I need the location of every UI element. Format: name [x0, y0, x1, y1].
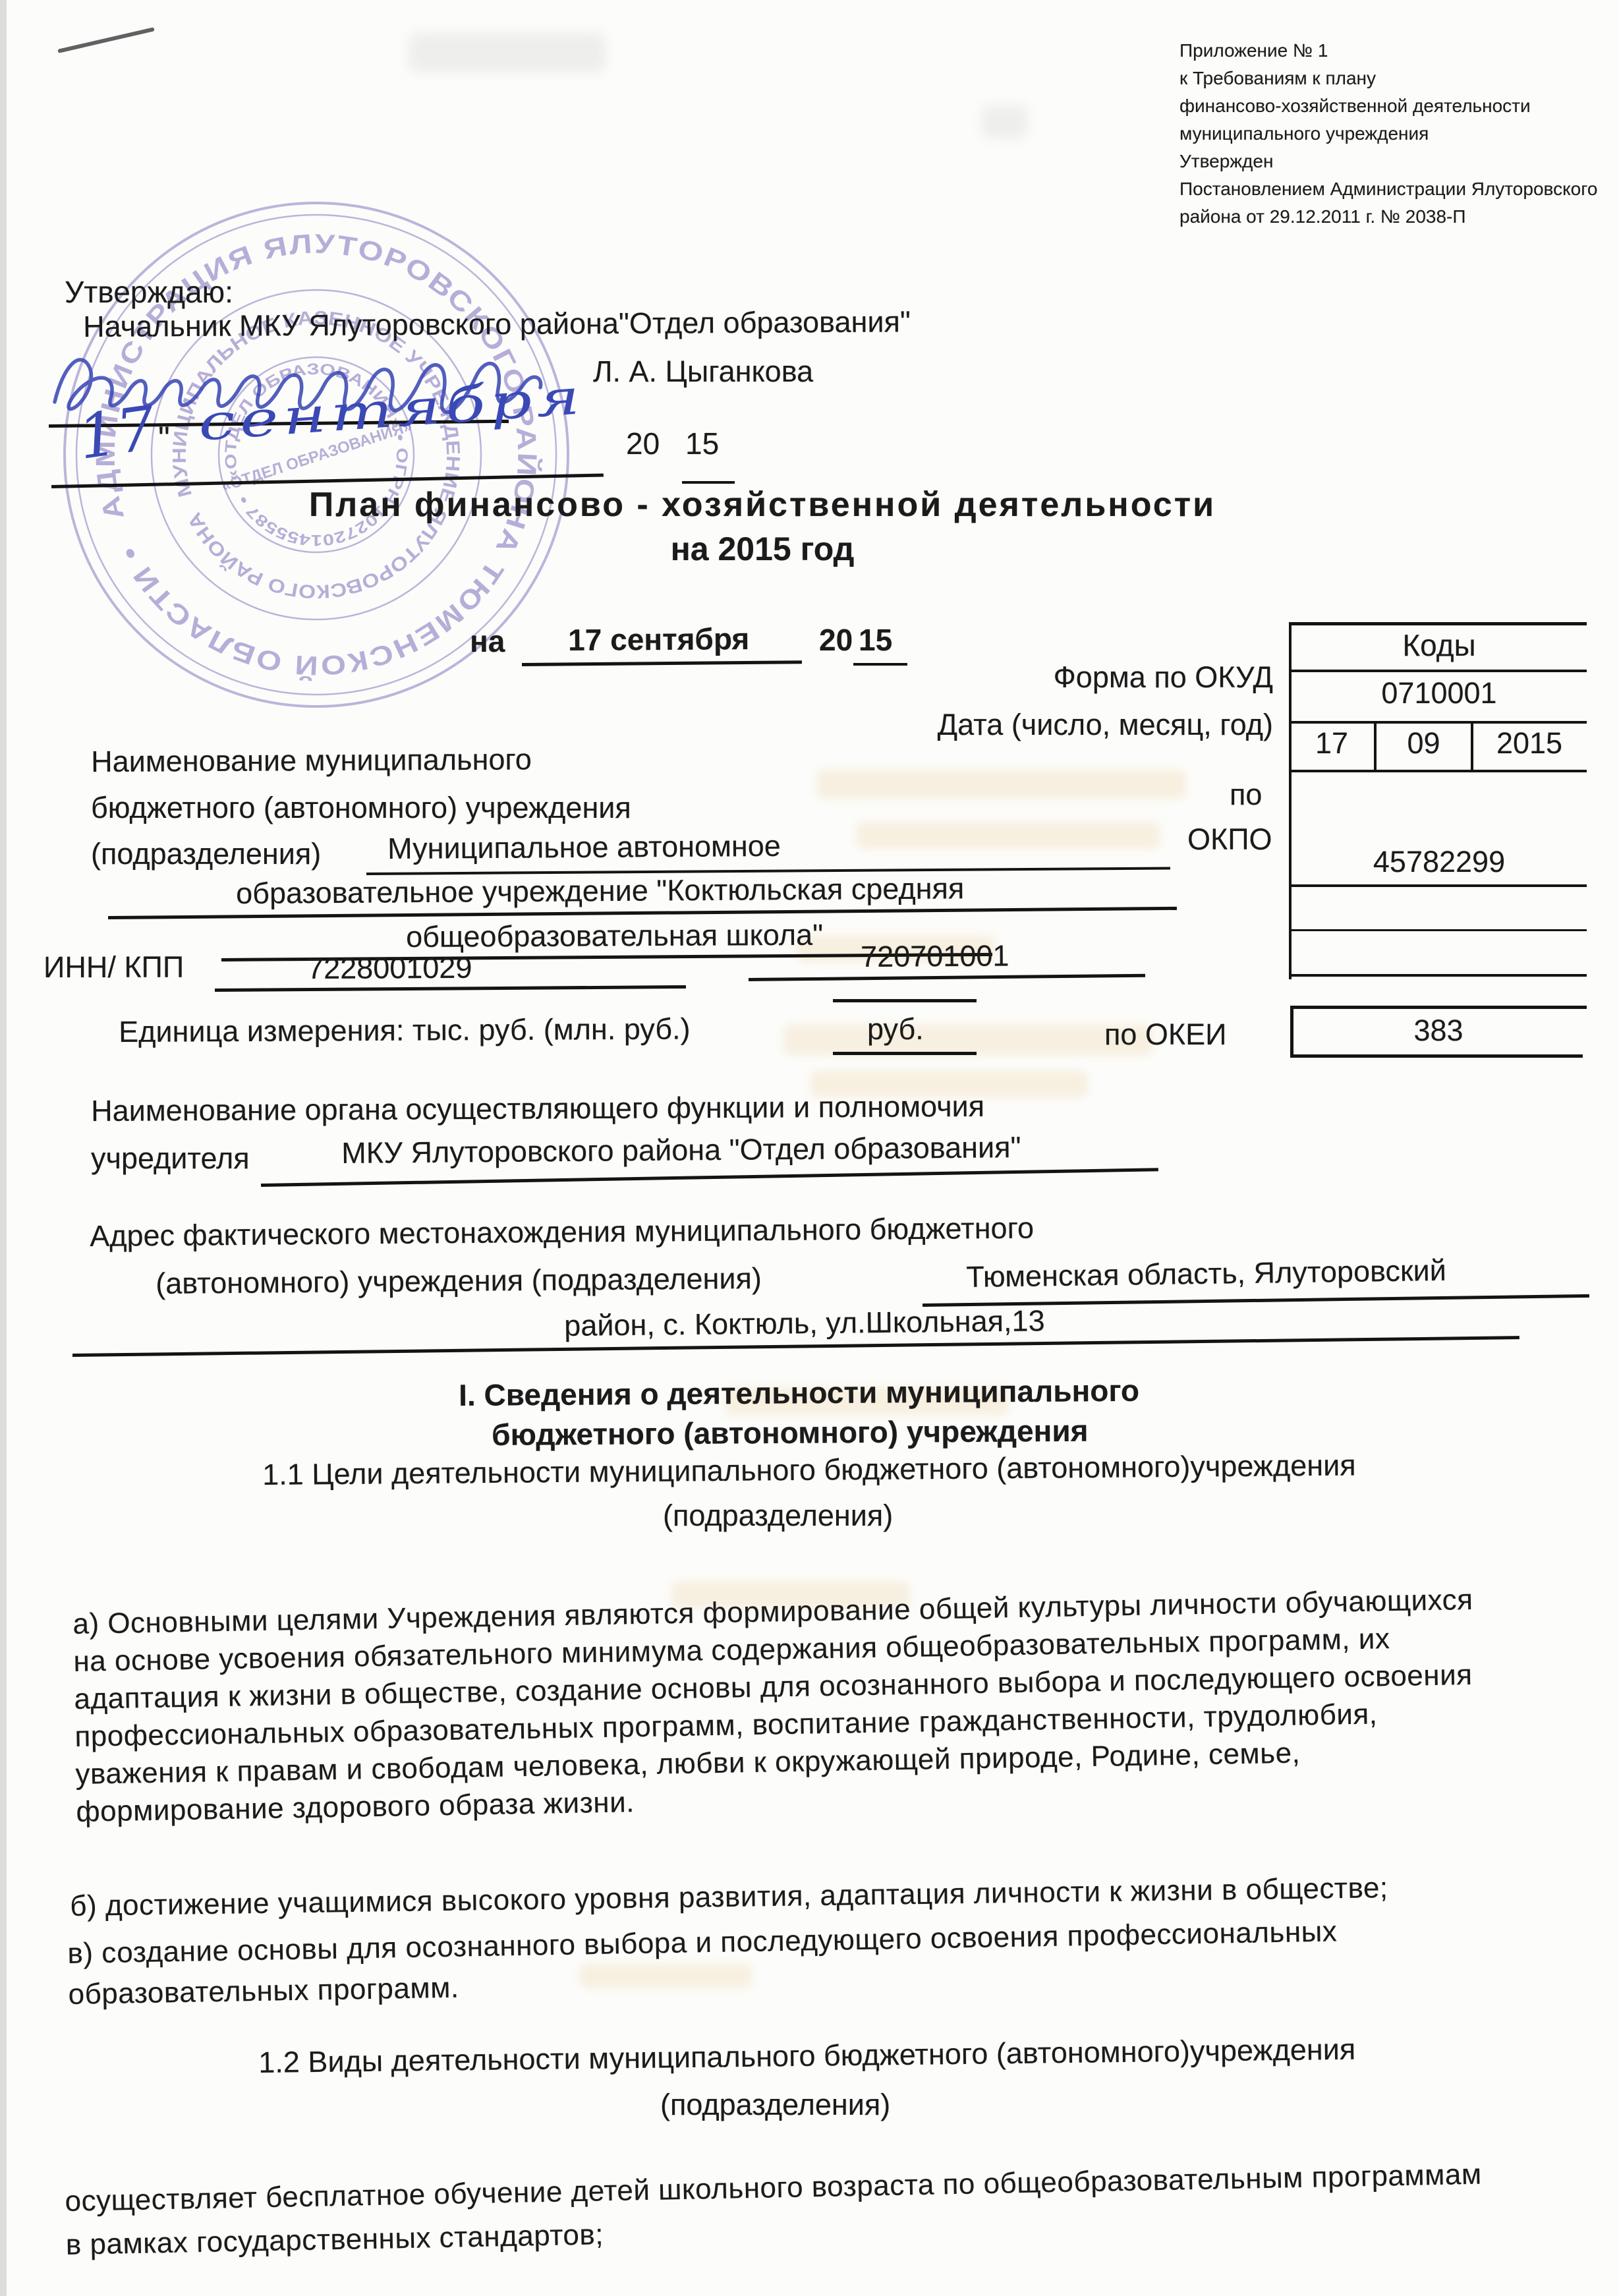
codes-row-border [1289, 929, 1587, 931]
inn-kpp-label: ИНН/ КПП [43, 950, 184, 985]
asof-prefix: на [470, 623, 505, 659]
title-line1: План финансово - хозяйственной деятельно… [198, 485, 1327, 525]
founder-value: МКУ Ялуторовского района "Отдел образова… [341, 1130, 1021, 1170]
date-year-cell: 2015 [1473, 726, 1585, 761]
asof-date-value: 17 сентября [568, 621, 749, 658]
okei-box-bottom [1290, 1054, 1583, 1058]
codes-row-border [1289, 974, 1587, 977]
okei-value: 383 [1292, 1014, 1585, 1048]
unit-value-underline [833, 1052, 977, 1055]
bleed-through [857, 822, 1160, 849]
founder-underline [261, 1168, 1158, 1187]
okei-box-top [1290, 1006, 1587, 1009]
bleed-through [784, 1025, 1153, 1055]
okpo-value: 45782299 [1292, 845, 1587, 879]
date-quote-mark: " [158, 419, 170, 457]
okud-label: Форма по ОКУД [1028, 660, 1273, 695]
scan-edge-shadow [0, 0, 7, 2296]
appendix-line: района от 29.12.2011 г. № 2038-П [1179, 203, 1597, 231]
asof-year-15: 15 [859, 622, 892, 658]
document-title: План финансово - хозяйственной деятельно… [198, 485, 1327, 525]
paragraph-v: в) создание основы для осознанного выбор… [67, 1911, 1338, 2015]
codes-row-border [1289, 721, 1587, 724]
unit-value-topline [833, 999, 977, 1002]
inn-value: 7228001029 [307, 951, 472, 986]
asof-year-20: 20 [819, 622, 853, 658]
okud-value: 0710001 [1292, 676, 1587, 710]
appendix-line: Приложение № 1 [1179, 37, 1597, 65]
okpo-label: ОКПО [1187, 822, 1272, 857]
section1-2-subtitle: (подразделения) [660, 2088, 890, 2122]
year-underline [682, 481, 735, 484]
paragraph-activity: осуществляет бесплатное обучение детей ш… [65, 2153, 1483, 2267]
founder-label2: учредителя [91, 1141, 250, 1176]
handwritten-day: 17 [74, 393, 160, 473]
appendix-line: финансово-хозяйственной деятельности [1179, 92, 1597, 120]
section1-heading1: I. Сведения о деятельности муниципальног… [459, 1373, 1139, 1413]
inn-underline [215, 985, 686, 992]
appendix-line: муниципального учреждения [1179, 120, 1597, 148]
founder-label1: Наименование органа осуществляющего функ… [91, 1089, 984, 1128]
document-subtitle: на 2015 год [198, 530, 1327, 568]
section1-2-title: 1.2 Виды деятельности муниципального бюд… [258, 2032, 1356, 2080]
pen-mark [57, 27, 155, 53]
appendix-line: Постановлением Администрации Ялуторовско… [1179, 175, 1597, 203]
approval-year-15: 15 [685, 426, 719, 461]
codes-header: Коды [1292, 627, 1587, 663]
codes-row-border [1289, 770, 1587, 772]
codes-top-border [1289, 622, 1587, 625]
org-name-value3: общеобразовательная школа" [406, 918, 823, 954]
scan-smudge [982, 105, 1028, 138]
kpp-underline [749, 974, 1145, 981]
section1-1-title: 1.1 Цели деятельности муниципального бюд… [262, 1449, 1356, 1492]
date-month-cell: 09 [1377, 726, 1471, 761]
codes-row-border [1289, 670, 1587, 672]
asof-year-underline [853, 663, 907, 666]
approver-name: Л. А. Цыганкова [593, 355, 813, 389]
address-label2: (автономного) учреждения (подразделения) [156, 1261, 762, 1301]
date-day-cell: 17 [1289, 726, 1375, 761]
kpp-value: 720701001 [861, 938, 1009, 974]
scanned-document-page: АДМИНИСТРАЦИЯ ЯЛУТОРОВСКОГО РАЙОНА ТЮМЕН… [0, 0, 1619, 2296]
org-name-label3: (подразделения) [91, 837, 321, 871]
date-label: Дата (число, месяц, год) [901, 708, 1273, 742]
appendix-line: к Требованиям к плану [1179, 65, 1597, 92]
po-label: по [1230, 778, 1262, 812]
approval-year-20: 20 [626, 426, 660, 461]
org-name-value1: Муниципальное автономное [387, 829, 781, 866]
org-name-label1: Наименование муниципального [91, 742, 532, 779]
okei-label: по ОКЕИ [1104, 1018, 1226, 1052]
address-value2: район, с. Коктюль, ул.Школьная,13 [564, 1304, 1045, 1343]
bleed-through [817, 770, 1186, 799]
unit-label: Единица измерения: тыс. руб. (млн. руб.) [119, 1012, 691, 1049]
appendix-block: Приложение № 1 к Требованиям к плану фин… [1179, 37, 1597, 231]
address-value1: Тюменская область, Ялуторовский [966, 1253, 1446, 1294]
org-name-label2: бюджетного (автономного) учреждения [91, 791, 631, 825]
section1-1-subtitle: (подразделения) [663, 1499, 893, 1533]
codes-row-border [1289, 884, 1587, 887]
address-label1: Адрес фактического местонахождения муниц… [90, 1211, 1034, 1253]
approve-label: Утверждаю: [65, 274, 233, 310]
paragraph-a: а) Основными целями Учреждения являются … [72, 1581, 1477, 1831]
org-name-value2: образовательное учреждение "Коктюльская … [236, 871, 964, 911]
title-line2: на 2015 год [198, 530, 1327, 568]
unit-value: руб. [867, 1012, 924, 1047]
section1-heading2: бюджетного (автономного) учреждения [492, 1413, 1089, 1452]
appendix-line: Утвержден [1179, 148, 1597, 175]
scan-smudge [409, 33, 606, 72]
